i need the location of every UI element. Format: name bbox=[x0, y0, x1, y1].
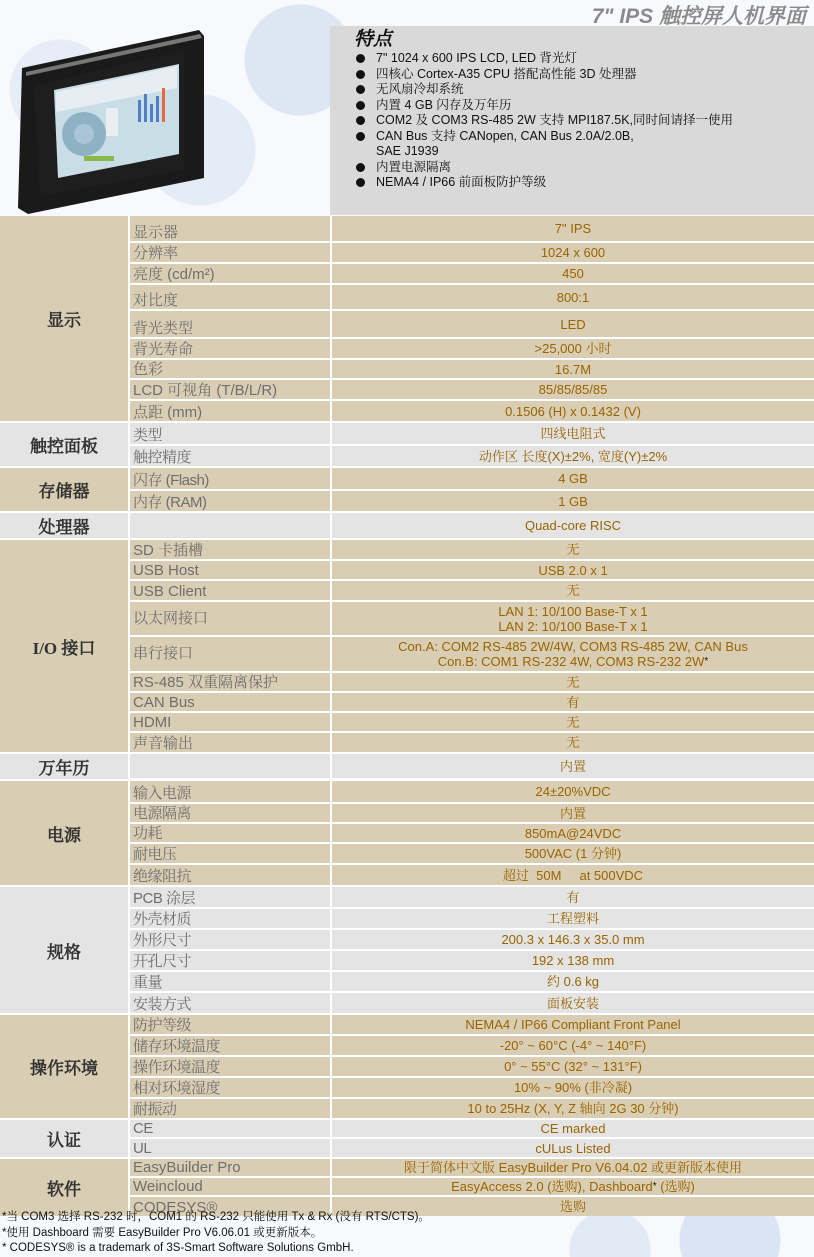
spec-group-environment: 操作环境 防护等级NEMA4 / IP66 Compliant Front Pa… bbox=[0, 1015, 814, 1120]
row-label: 亮度 (cd/m²) bbox=[130, 264, 332, 283]
spec-group-certification: 认证 CECE marked ULcULus Listed bbox=[0, 1120, 814, 1159]
table-row: 亮度 (cd/m²)450 bbox=[130, 264, 814, 285]
row-label: RS-485 双重隔离保护 bbox=[130, 673, 332, 691]
row-label: 触控精度 bbox=[130, 446, 332, 466]
row-value: 四线电阻式 bbox=[332, 423, 814, 444]
row-value: >25,000 小时 bbox=[332, 339, 814, 358]
row-value: 1024 x 600 bbox=[332, 243, 814, 262]
row-value: 450 bbox=[332, 264, 814, 283]
table-row: 防护等级NEMA4 / IP66 Compliant Front Panel bbox=[130, 1015, 814, 1036]
row-label: 显示器 bbox=[130, 216, 332, 241]
row-label: 耐电压 bbox=[130, 844, 332, 863]
bullet-icon bbox=[356, 116, 365, 125]
row-label: 闪存 (Flash) bbox=[130, 468, 332, 489]
row-label: 输入电源 bbox=[130, 781, 332, 802]
feature-item: 内置 4 GB 闪存及万年历 bbox=[354, 98, 814, 114]
row-label: 串行接口 bbox=[130, 637, 332, 671]
row-value: LAN 1: 10/100 Base-T x 1LAN 2: 10/100 Ba… bbox=[332, 602, 814, 635]
row-value: CE marked bbox=[332, 1120, 814, 1137]
row-label: 声音输出 bbox=[130, 733, 332, 752]
table-row: SD 卡插槽无 bbox=[130, 540, 814, 561]
table-row: 内存 (RAM)1 GB bbox=[130, 491, 814, 511]
row-label: 绝缘阻抗 bbox=[130, 865, 332, 885]
row-label: CAN Bus bbox=[130, 693, 332, 711]
spec-table: 显示 显示器7" IPS 分辨率1024 x 600 亮度 (cd/m²)450… bbox=[0, 216, 814, 1216]
row-label: 类型 bbox=[130, 423, 332, 444]
row-value: 有 bbox=[332, 693, 814, 711]
table-row: HDMI无 bbox=[130, 713, 814, 733]
table-row: 开孔尺寸192 x 138 mm bbox=[130, 951, 814, 972]
row-label: EasyBuilder Pro bbox=[130, 1159, 332, 1176]
spec-group-memory: 存储器 闪存 (Flash)4 GB 内存 (RAM)1 GB bbox=[0, 468, 814, 513]
bullet-icon bbox=[356, 85, 365, 94]
row-value: Quad-core RISC bbox=[332, 513, 814, 538]
table-row: 分辨率1024 x 600 bbox=[130, 243, 814, 264]
row-label bbox=[130, 754, 332, 778]
features-panel: 特点 7" 1024 x 600 IPS LCD, LED 背光灯 四核心 Co… bbox=[330, 26, 814, 215]
row-label: HDMI bbox=[130, 713, 332, 731]
table-row: 外形尺寸200.3 x 146.3 x 35.0 mm bbox=[130, 930, 814, 951]
row-label: 背光类型 bbox=[130, 311, 332, 337]
feature-item: 四核心 Cortex-A35 CPU 搭配高性能 3D 处理器 bbox=[354, 67, 814, 83]
row-value: 7" IPS bbox=[332, 216, 814, 241]
table-row: 触控精度动作区 长度(X)±2%, 宽度(Y)±2% bbox=[130, 446, 814, 466]
features-heading: 特点 bbox=[354, 29, 814, 51]
row-label: USB Client bbox=[130, 581, 332, 600]
row-value: 面板安装 bbox=[332, 993, 814, 1013]
row-label: 开孔尺寸 bbox=[130, 951, 332, 970]
spec-group-touch-panel: 触控面板 类型四线电阻式 触控精度动作区 长度(X)±2%, 宽度(Y)±2% bbox=[0, 423, 814, 468]
category-label: 处理器 bbox=[0, 513, 130, 538]
table-row: 重量约 0.6 kg bbox=[130, 972, 814, 993]
feature-item: CAN Bus 支持 CANopen, CAN Bus 2.0A/2.0B, bbox=[354, 129, 814, 145]
row-label: 电源隔离 bbox=[130, 804, 332, 822]
row-label: 耐振动 bbox=[130, 1099, 332, 1118]
bullet-icon bbox=[356, 178, 365, 187]
table-row: 背光寿命>25,000 小时 bbox=[130, 339, 814, 360]
spec-group-rtc: 万年历 内置 bbox=[0, 754, 814, 781]
row-label: 以太网接口 bbox=[130, 602, 332, 635]
feature-item: 7" 1024 x 600 IPS LCD, LED 背光灯 bbox=[354, 51, 814, 67]
row-label: 相对环境湿度 bbox=[130, 1078, 332, 1097]
row-label: 点距 (mm) bbox=[130, 401, 332, 421]
row-label: 储存环境温度 bbox=[130, 1036, 332, 1055]
row-value: 无 bbox=[332, 581, 814, 600]
feature-item: COM2 及 COM3 RS-485 2W 支持 MPI187.5K,同时间请择… bbox=[354, 113, 814, 129]
category-label: 认证 bbox=[0, 1120, 130, 1157]
category-label: 软件 bbox=[0, 1159, 130, 1216]
table-row: 储存环境温度-20° ~ 60°C (-4° ~ 140°F) bbox=[130, 1036, 814, 1057]
spec-group-processor: 处理器 Quad-core RISC bbox=[0, 513, 814, 540]
table-row: 色彩16.7M bbox=[130, 360, 814, 380]
category-label: 存储器 bbox=[0, 468, 130, 511]
table-row: LCD 可视角 (T/B/L/R)85/85/85/85 bbox=[130, 380, 814, 401]
table-row: Quad-core RISC bbox=[130, 513, 814, 538]
table-row: 点距 (mm)0.1506 (H) x 0.1432 (V) bbox=[130, 401, 814, 421]
bullet-icon bbox=[356, 54, 365, 63]
footnotes: *当 COM3 选择 RS-232 时，COM1 的 RS-232 只能使用 T… bbox=[2, 1210, 430, 1257]
feature-item: 内置电源隔离 bbox=[354, 160, 814, 176]
table-row: 内置 bbox=[130, 754, 814, 778]
category-label: 显示 bbox=[0, 216, 130, 421]
row-value: 无 bbox=[332, 540, 814, 559]
row-label: 重量 bbox=[130, 972, 332, 991]
spec-group-software: 软件 EasyBuilder Pro限于简体中文版 EasyBuilder Pr… bbox=[0, 1159, 814, 1216]
row-label: PCB 涂层 bbox=[130, 887, 332, 907]
row-value: 超过 50M at 500VDC bbox=[332, 865, 814, 885]
bullet-icon bbox=[356, 70, 365, 79]
table-row: 相对环境湿度10% ~ 90% (非冷凝) bbox=[130, 1078, 814, 1099]
row-label: 外形尺寸 bbox=[130, 930, 332, 949]
row-value: Con.A: COM2 RS-485 2W/4W, COM3 RS-485 2W… bbox=[332, 637, 814, 671]
row-label: 外壳材质 bbox=[130, 909, 332, 928]
table-row: 以太网接口LAN 1: 10/100 Base-T x 1LAN 2: 10/1… bbox=[130, 602, 814, 637]
row-label: 操作环境温度 bbox=[130, 1057, 332, 1076]
feature-item: NEMA4 / IP66 前面板防护等级 bbox=[354, 175, 814, 191]
row-label: 防护等级 bbox=[130, 1015, 332, 1034]
category-label: I/O 接口 bbox=[0, 540, 130, 752]
row-value: 0.1506 (H) x 0.1432 (V) bbox=[332, 401, 814, 421]
row-value: 500VAC (1 分钟) bbox=[332, 844, 814, 863]
bullet-icon bbox=[356, 132, 365, 141]
table-row: 串行接口Con.A: COM2 RS-485 2W/4W, COM3 RS-48… bbox=[130, 637, 814, 673]
row-label: 功耗 bbox=[130, 824, 332, 842]
spec-group-specification: 规格 PCB 涂层有 外壳材质工程塑料 外形尺寸200.3 x 146.3 x … bbox=[0, 887, 814, 1015]
table-row: 背光类型LED bbox=[130, 311, 814, 339]
row-value: EasyAccess 2.0 (选购), Dashboard* (选购) bbox=[332, 1178, 814, 1195]
category-label: 触控面板 bbox=[0, 423, 130, 466]
row-value: 约 0.6 kg bbox=[332, 972, 814, 991]
row-value: NEMA4 / IP66 Compliant Front Panel bbox=[332, 1015, 814, 1034]
category-label: 万年历 bbox=[0, 754, 130, 779]
bullet-icon bbox=[356, 101, 365, 110]
row-label: 分辨率 bbox=[130, 243, 332, 262]
bullet-icon bbox=[356, 163, 365, 172]
table-row: USB Client无 bbox=[130, 581, 814, 602]
table-row: CECE marked bbox=[130, 1120, 814, 1139]
row-value: 800:1 bbox=[332, 285, 814, 309]
features-list: 7" 1024 x 600 IPS LCD, LED 背光灯 四核心 Corte… bbox=[354, 51, 814, 191]
table-row: 操作环境温度0° ~ 55°C (32° ~ 131°F) bbox=[130, 1057, 814, 1078]
page-title: 7" IPS 触控屏人机界面 bbox=[592, 0, 806, 30]
row-label: 内存 (RAM) bbox=[130, 491, 332, 511]
footnote: *使用 Dashboard 需要 EasyBuilder Pro V6.06.0… bbox=[2, 1226, 430, 1242]
row-value: 10 to 25Hz (X, Y, Z 轴向 2G 30 分钟) bbox=[332, 1099, 814, 1118]
row-value: cULus Listed bbox=[332, 1139, 814, 1157]
table-row: 显示器7" IPS bbox=[130, 216, 814, 243]
table-row: WeincloudEasyAccess 2.0 (选购), Dashboard*… bbox=[130, 1178, 814, 1197]
row-value: 24±20%VDC bbox=[332, 781, 814, 802]
table-row: 耐振动10 to 25Hz (X, Y, Z 轴向 2G 30 分钟) bbox=[130, 1099, 814, 1118]
row-value: 工程塑料 bbox=[332, 909, 814, 928]
row-value: 85/85/85/85 bbox=[332, 380, 814, 399]
table-row: 声音输出无 bbox=[130, 733, 814, 752]
row-value: 有 bbox=[332, 887, 814, 907]
feature-item: 无风扇冷却系统 bbox=[354, 82, 814, 98]
row-value: 限于简体中文版 EasyBuilder Pro V6.04.02 或更新版本使用 bbox=[332, 1159, 814, 1176]
table-row: 耐电压500VAC (1 分钟) bbox=[130, 844, 814, 865]
row-value: 无 bbox=[332, 713, 814, 731]
row-value: 850mA@24VDC bbox=[332, 824, 814, 842]
table-row: ULcULus Listed bbox=[130, 1139, 814, 1157]
row-label: 背光寿命 bbox=[130, 339, 332, 358]
table-row: 类型四线电阻式 bbox=[130, 423, 814, 446]
row-label: UL bbox=[130, 1139, 332, 1157]
row-value: 动作区 长度(X)±2%, 宽度(Y)±2% bbox=[332, 446, 814, 466]
table-row: USB HostUSB 2.0 x 1 bbox=[130, 561, 814, 581]
feature-item-continued: SAE J1939 bbox=[354, 144, 814, 160]
footnote-marker: * bbox=[704, 656, 708, 667]
spec-group-display: 显示 显示器7" IPS 分辨率1024 x 600 亮度 (cd/m²)450… bbox=[0, 216, 814, 423]
category-label: 规格 bbox=[0, 887, 130, 1013]
table-row: EasyBuilder Pro限于简体中文版 EasyBuilder Pro V… bbox=[130, 1159, 814, 1178]
row-value: 无 bbox=[332, 733, 814, 752]
row-value: 4 GB bbox=[332, 468, 814, 489]
row-value: 200.3 x 146.3 x 35.0 mm bbox=[332, 930, 814, 949]
table-row: 功耗850mA@24VDC bbox=[130, 824, 814, 844]
row-value: 10% ~ 90% (非冷凝) bbox=[332, 1078, 814, 1097]
row-label: LCD 可视角 (T/B/L/R) bbox=[130, 380, 332, 399]
row-label bbox=[130, 513, 332, 538]
row-label: Weincloud bbox=[130, 1178, 332, 1195]
table-row: 输入电源24±20%VDC bbox=[130, 781, 814, 804]
spec-group-io: I/O 接口 SD 卡插槽无 USB HostUSB 2.0 x 1 USB C… bbox=[0, 540, 814, 754]
table-row: 对比度800:1 bbox=[130, 285, 814, 311]
category-label: 操作环境 bbox=[0, 1015, 130, 1118]
table-row: CAN Bus有 bbox=[130, 693, 814, 713]
table-row: 电源隔离内置 bbox=[130, 804, 814, 824]
row-label: USB Host bbox=[130, 561, 332, 579]
row-value: USB 2.0 x 1 bbox=[332, 561, 814, 579]
row-value: 192 x 138 mm bbox=[332, 951, 814, 970]
table-row: 安装方式面板安装 bbox=[130, 993, 814, 1013]
row-value: 16.7M bbox=[332, 360, 814, 378]
spec-group-power: 电源 输入电源24±20%VDC 电源隔离内置 功耗850mA@24VDC 耐电… bbox=[0, 781, 814, 887]
row-value: 无 bbox=[332, 673, 814, 691]
footnote: * CODESYS® is a trademark of 3S-Smart So… bbox=[2, 1241, 430, 1257]
table-row: 闪存 (Flash)4 GB bbox=[130, 468, 814, 491]
row-value: -20° ~ 60°C (-4° ~ 140°F) bbox=[332, 1036, 814, 1055]
table-row: RS-485 双重隔离保护无 bbox=[130, 673, 814, 693]
row-label: 色彩 bbox=[130, 360, 332, 378]
row-value: 内置 bbox=[332, 754, 814, 778]
table-row: 外壳材质工程塑料 bbox=[130, 909, 814, 930]
row-value: 0° ~ 55°C (32° ~ 131°F) bbox=[332, 1057, 814, 1076]
row-label: 对比度 bbox=[130, 285, 332, 309]
row-label: 安装方式 bbox=[130, 993, 332, 1013]
row-value: LED bbox=[332, 311, 814, 337]
footnote: *当 COM3 选择 RS-232 时，COM1 的 RS-232 只能使用 T… bbox=[2, 1210, 430, 1226]
row-value: 内置 bbox=[332, 804, 814, 822]
category-label: 电源 bbox=[0, 781, 130, 885]
table-row: 绝缘阻抗超过 50M at 500VDC bbox=[130, 865, 814, 885]
row-label: CE bbox=[130, 1120, 332, 1137]
product-image bbox=[14, 28, 314, 214]
row-label: SD 卡插槽 bbox=[130, 540, 332, 559]
table-row: PCB 涂层有 bbox=[130, 887, 814, 909]
row-value: 1 GB bbox=[332, 491, 814, 511]
